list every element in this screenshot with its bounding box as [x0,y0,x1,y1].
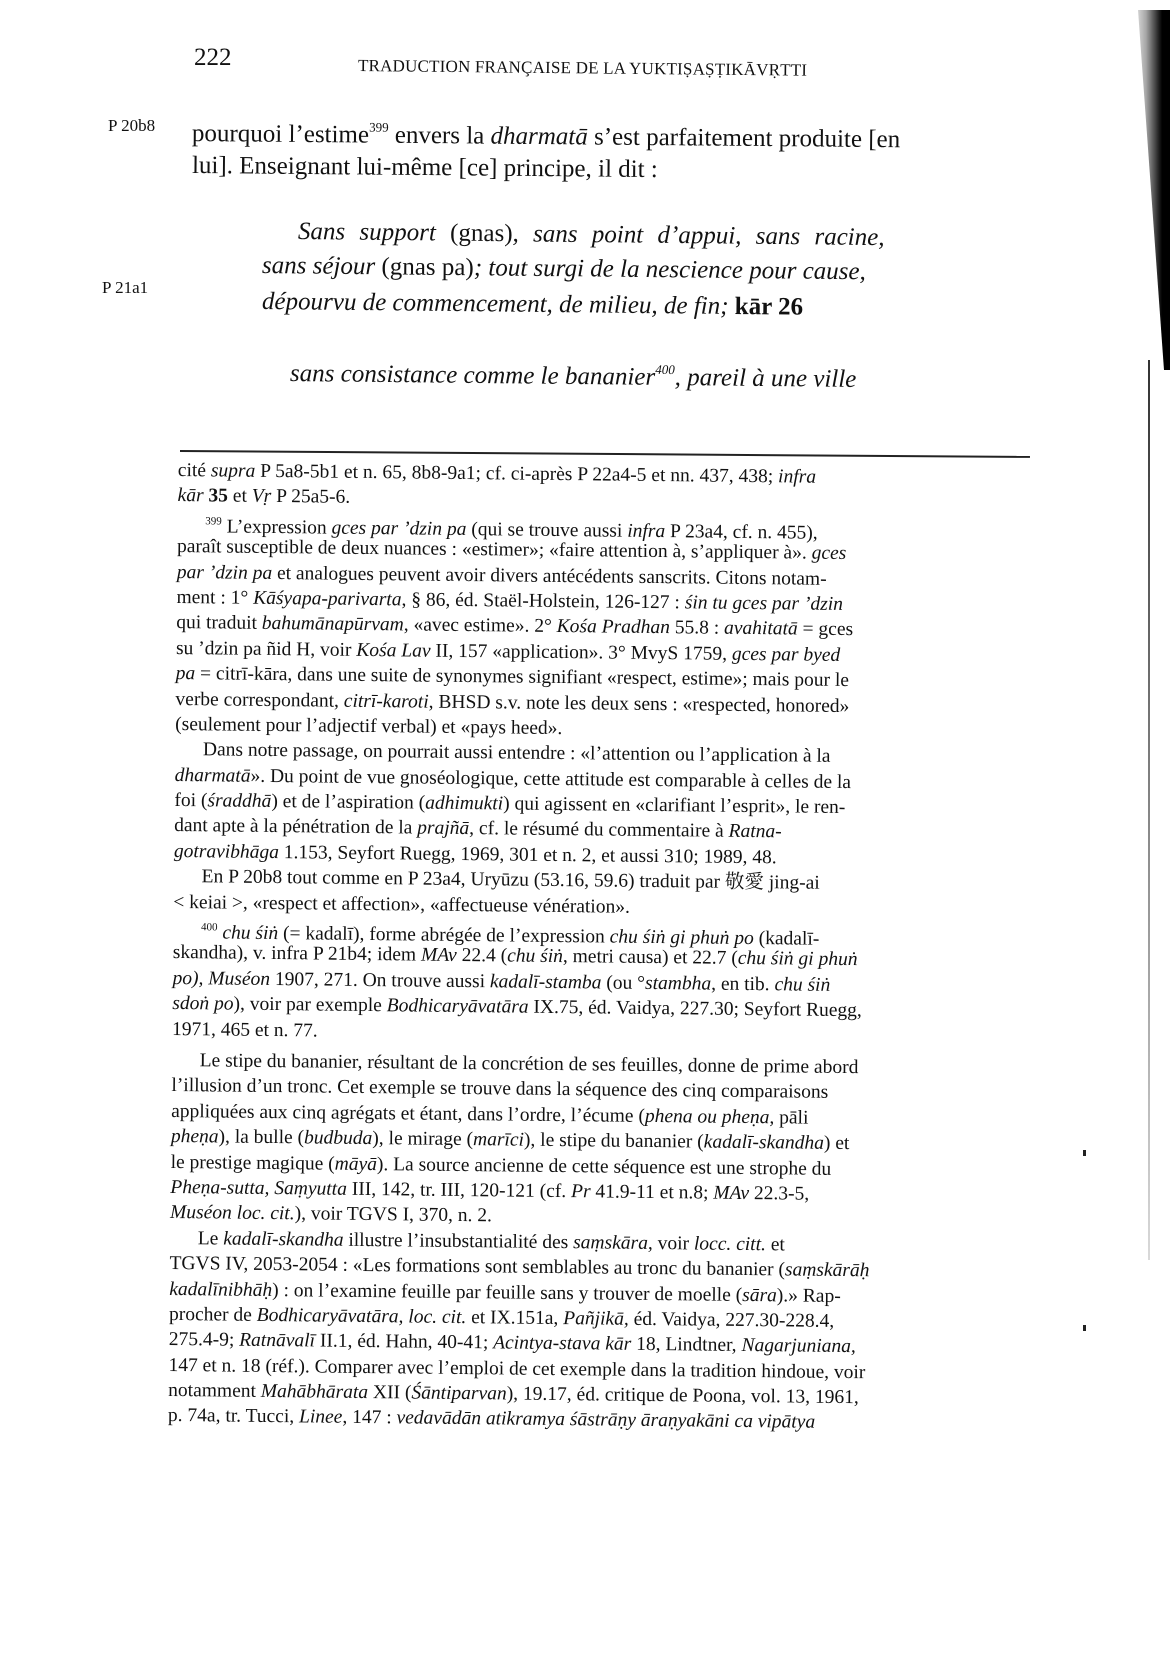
scan-edge-shadow [1130,10,1170,370]
page-number: 222 [194,44,232,72]
footnote-number: 399 [205,515,222,527]
footnote-ref-399[interactable]: 399 [369,120,389,135]
footnotes: cité supra P 5a8-5b1 et n. 65, 8b8-9a1; … [168,458,998,1437]
footnote-ref-400[interactable]: 400 [655,362,675,377]
verse-line-3: dépourvu de commencement, de milieu, de … [262,288,803,322]
footnote-number: 400 [201,921,218,933]
margin-ref-p21a1: P 21a1 [102,278,148,298]
scan-speck [1083,1150,1086,1156]
scan-speck [1083,1325,1086,1331]
verse-line-2: sans séjour (gnas pa); tout surgi de la … [262,252,866,286]
verse-line-4: sans consistance comme le bananier400, p… [290,358,857,394]
margin-ref-p20b8: P 20b8 [108,116,155,136]
body-line-1: pourquoi l’estime399 envers la dharmatā … [192,118,900,154]
running-head: TRADUCTION FRANÇAISE DE LA YUKTIṢAṢṬIKĀV… [358,56,807,81]
verse-line-1: Sans support (gnas), sans point d’appui,… [298,218,885,252]
footnote-rule [180,450,1030,458]
body-line-2: lui]. Enseignant lui-même [ce] principe,… [192,152,658,184]
scan-edge-line [1148,360,1150,1260]
karika-number: kār 26 [735,293,804,321]
